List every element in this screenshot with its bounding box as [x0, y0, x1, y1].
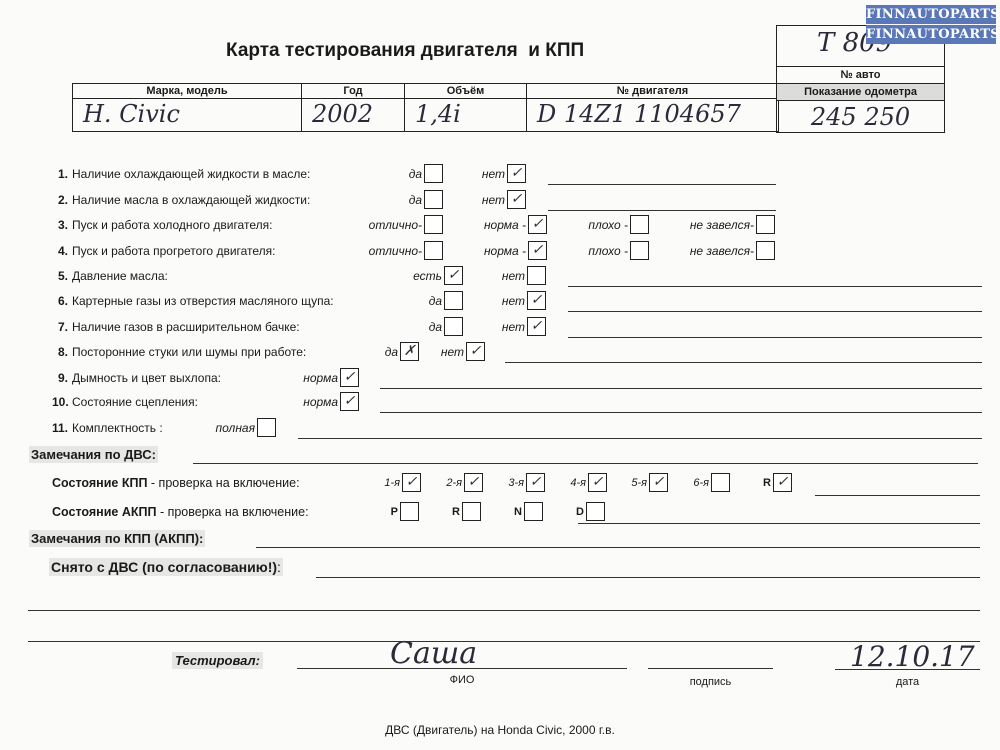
- date-field[interactable]: [835, 669, 980, 670]
- option-checkbox[interactable]: ✓: [507, 164, 526, 183]
- check-notes-field[interactable]: [505, 362, 982, 363]
- gearbox-remarks-field[interactable]: [256, 547, 980, 548]
- option-label: не завелся-: [678, 218, 754, 232]
- option-checkbox[interactable]: ✓: [527, 291, 546, 310]
- option-checkbox[interactable]: [424, 164, 443, 183]
- option-checkbox[interactable]: [630, 241, 649, 260]
- option-checkbox[interactable]: [424, 190, 443, 209]
- check-notes-field[interactable]: [568, 286, 982, 287]
- check-question-6: 6.Картерные газы из отверстия масляного …: [52, 294, 334, 308]
- signature-caption: подпись: [648, 676, 773, 688]
- option-label: не завелся-: [678, 244, 754, 258]
- volume-value: 1,4i: [405, 100, 526, 128]
- extra-notes-line-2[interactable]: [28, 641, 980, 642]
- gear-label: 5-я: [617, 477, 647, 489]
- check-question-9: 9.Дымность и цвет выхлопа:: [52, 371, 221, 385]
- odometer-label: Показание одометра: [777, 83, 944, 100]
- gear-label: R: [430, 506, 460, 518]
- option-checkbox[interactable]: ✓: [528, 241, 547, 260]
- option-label: нет: [495, 320, 525, 334]
- vehicle-header-table: Марка, модель H. Civic Год 2002 Объём 1,…: [72, 83, 779, 132]
- fio-caption: ФИО: [297, 674, 627, 686]
- signature-field[interactable]: [648, 668, 773, 669]
- option-checkbox[interactable]: ✓: [466, 342, 485, 361]
- auto-gearbox-notes-field[interactable]: [578, 523, 980, 524]
- option-label: есть: [408, 269, 442, 283]
- header-engine-number: № двигателя D 14Z1 1104657: [526, 84, 778, 131]
- check-notes-field[interactable]: [380, 388, 982, 389]
- gear-label: 6-я: [679, 477, 709, 489]
- option-checkbox[interactable]: ✓: [507, 190, 526, 209]
- check-question-1: 1.Наличие охлаждающей жидкости в масле:: [52, 167, 310, 181]
- engine-remarks-field[interactable]: [193, 463, 978, 464]
- option-label: нет: [474, 193, 505, 207]
- check-question-5: 5.Давление масла:: [52, 269, 168, 283]
- header-year: Год 2002: [301, 84, 404, 131]
- gear-checkbox[interactable]: ✓: [402, 473, 421, 492]
- gear-label: D: [554, 506, 584, 518]
- gearbox-remarks-label: Замечания по КПП (АКПП):: [29, 530, 205, 547]
- check-question-11: 11.Комплектность :: [52, 421, 163, 435]
- option-checkbox[interactable]: [424, 241, 443, 260]
- tester-name-value: Саша: [390, 636, 477, 671]
- gear-checkbox[interactable]: [524, 502, 543, 521]
- option-checkbox[interactable]: ✓: [527, 317, 546, 336]
- option-label: отлично-: [360, 218, 422, 232]
- gear-label: 3-я: [494, 477, 524, 489]
- check-question-8: 8.Посторонние стуки или шумы при работе:: [52, 345, 306, 359]
- extra-notes-line-1[interactable]: [28, 610, 980, 611]
- make-model-value: H. Civic: [73, 100, 301, 128]
- option-checkbox[interactable]: [630, 215, 649, 234]
- option-checkbox[interactable]: [444, 291, 463, 310]
- option-label: отлично-: [360, 244, 422, 258]
- check-notes-field[interactable]: [568, 311, 982, 312]
- auto-number-label: № авто: [777, 66, 944, 83]
- option-label: да: [424, 294, 442, 308]
- gear-checkbox[interactable]: [586, 502, 605, 521]
- gear-label: 2-я: [432, 477, 462, 489]
- gear-label: P: [368, 506, 398, 518]
- auto-gearbox-label: Состояние АКПП - проверка на включение:: [52, 505, 309, 519]
- option-checkbox[interactable]: ✓: [444, 266, 463, 285]
- manual-gearbox-label: Состояние КПП - проверка на включение:: [52, 476, 300, 490]
- option-checkbox[interactable]: ✗: [400, 342, 419, 361]
- check-question-7: 7.Наличие газов в расширительном бачке:: [52, 320, 300, 334]
- year-value: 2002: [302, 100, 404, 128]
- gear-label: 1-я: [370, 477, 400, 489]
- check-question-4: 4.Пуск и работа прогретого двигателя:: [52, 244, 276, 258]
- check-notes-field[interactable]: [548, 184, 776, 185]
- check-question-2: 2.Наличие масла в охлаждающей жидкости:: [52, 193, 310, 207]
- gear-checkbox[interactable]: [400, 502, 419, 521]
- watermark-logo: FINNAUTOPARTS: [866, 25, 996, 44]
- option-label: плохо -: [580, 218, 628, 232]
- header-make-model: Марка, модель H. Civic: [73, 84, 301, 131]
- header-volume: Объём 1,4i: [404, 84, 526, 131]
- option-checkbox[interactable]: ✓: [528, 215, 547, 234]
- option-label: да: [404, 193, 422, 207]
- option-checkbox[interactable]: [756, 241, 775, 260]
- option-label: норма: [296, 371, 338, 385]
- engine-remarks-label: Замечания по ДВС:: [29, 446, 158, 463]
- check-notes-field[interactable]: [548, 210, 776, 211]
- option-label: нет: [474, 167, 505, 181]
- gear-checkbox[interactable]: ✓: [773, 473, 792, 492]
- tested-by-label: Тестировал:: [172, 652, 263, 669]
- gear-label: R: [741, 477, 771, 489]
- form-title: Карта тестирования двигателя и КПП: [226, 40, 584, 62]
- removed-from-engine-label: Снято с ДВС (по согласованию!):: [49, 558, 283, 576]
- gear-checkbox[interactable]: [462, 502, 481, 521]
- gear-checkbox[interactable]: ✓: [464, 473, 483, 492]
- engine-number-value: D 14Z1 1104657: [527, 100, 778, 128]
- gear-label: N: [492, 506, 522, 518]
- gear-checkbox[interactable]: ✓: [588, 473, 607, 492]
- option-label: норма: [296, 395, 338, 409]
- removed-from-engine-field[interactable]: [316, 577, 980, 578]
- option-label: нет: [495, 269, 525, 283]
- option-checkbox[interactable]: [756, 215, 775, 234]
- option-checkbox[interactable]: ✓: [340, 368, 359, 387]
- check-notes-field[interactable]: [298, 438, 982, 439]
- option-label: норма -: [474, 218, 526, 232]
- option-checkbox[interactable]: [527, 266, 546, 285]
- gear-checkbox[interactable]: [711, 473, 730, 492]
- option-checkbox[interactable]: [444, 317, 463, 336]
- check-notes-field[interactable]: [568, 337, 982, 338]
- image-caption: ДВС (Двигатель) на Honda Civic, 2000 г.в…: [0, 723, 1000, 737]
- option-label: полная: [207, 421, 255, 435]
- watermark-logo: FINNAUTOPARTS: [866, 5, 996, 24]
- option-label: да: [382, 345, 398, 359]
- option-checkbox[interactable]: ✓: [340, 392, 359, 411]
- option-label: да: [404, 167, 422, 181]
- gear-label: 4-я: [556, 477, 586, 489]
- option-checkbox[interactable]: [424, 215, 443, 234]
- gear-checkbox[interactable]: ✓: [649, 473, 668, 492]
- check-question-10: 10.Состояние сцепления:: [52, 395, 198, 409]
- option-label: норма -: [474, 244, 526, 258]
- option-label: плохо -: [580, 244, 628, 258]
- gear-checkbox[interactable]: ✓: [526, 473, 545, 492]
- check-notes-field[interactable]: [380, 412, 982, 413]
- check-question-3: 3.Пуск и работа холодного двигателя:: [52, 218, 272, 232]
- tester-name-field[interactable]: [297, 668, 627, 669]
- option-label: да: [424, 320, 442, 334]
- option-label: нет: [495, 294, 525, 308]
- odometer-value: 245 250: [777, 100, 944, 133]
- date-caption: дата: [835, 676, 980, 688]
- option-label: нет: [432, 345, 464, 359]
- option-checkbox[interactable]: [257, 418, 276, 437]
- manual-gearbox-notes-field[interactable]: [815, 495, 980, 496]
